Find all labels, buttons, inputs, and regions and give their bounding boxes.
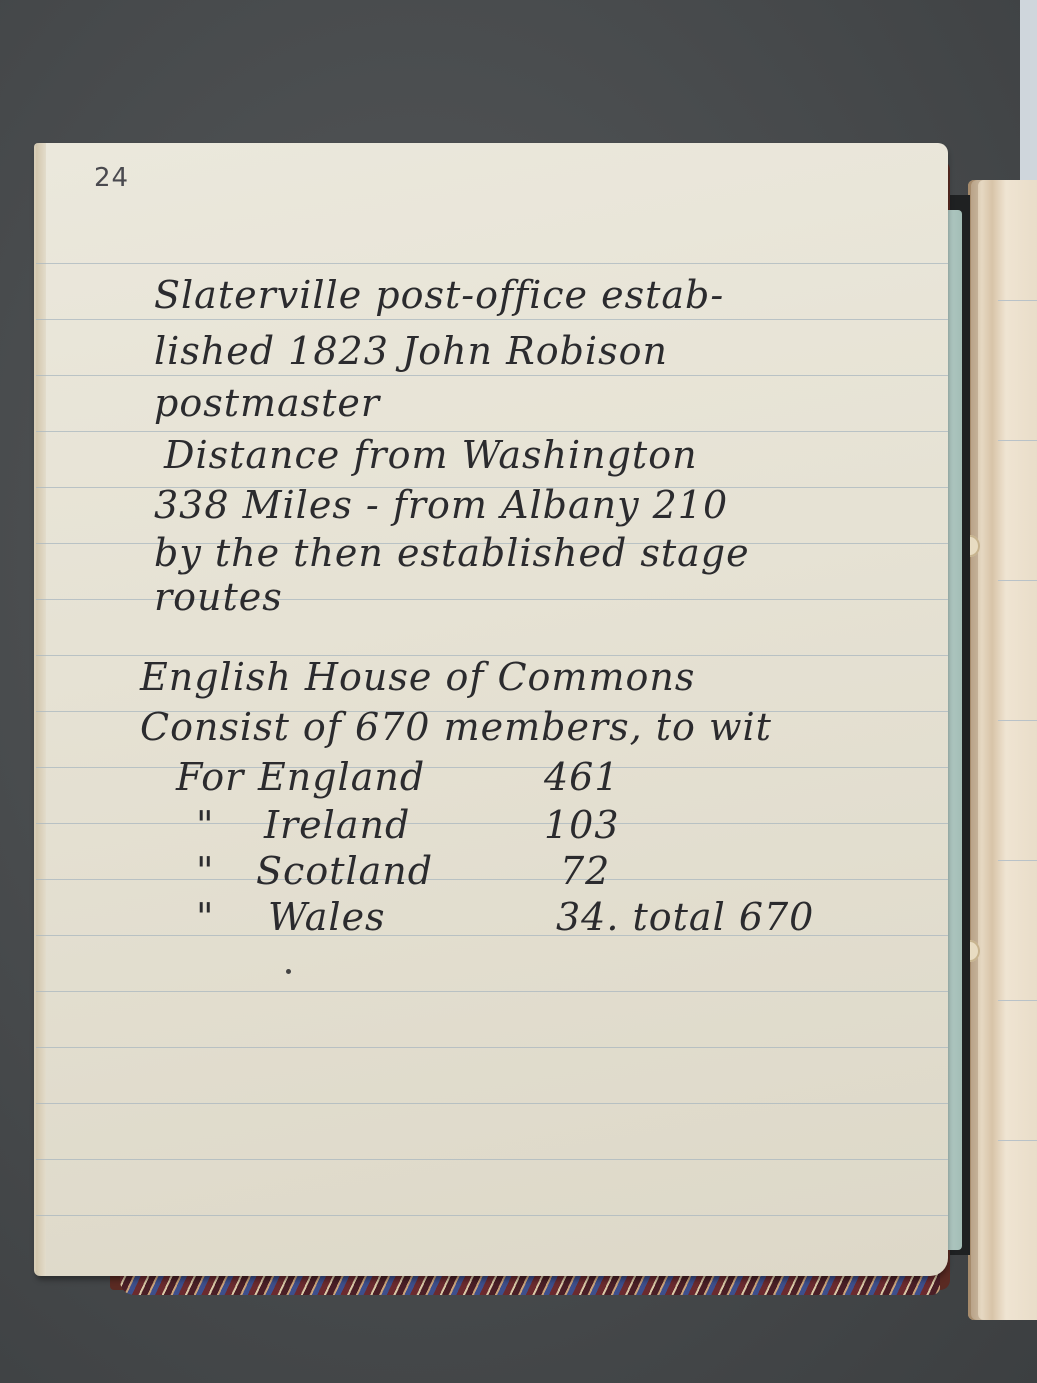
entry-line: lished 1823 John Robison	[154, 329, 668, 373]
entry-line: Distance from Washington	[164, 433, 698, 477]
row-prefix: "	[196, 895, 214, 939]
entry-line: Slaterville post-office estab-	[154, 273, 724, 317]
entry-line: postmaster	[154, 381, 380, 425]
row-value: 461	[544, 755, 620, 799]
row-value: 34. total 670	[556, 895, 814, 939]
background-surface	[1020, 0, 1037, 190]
row-label: Ireland	[264, 803, 410, 847]
row-label: Wales	[268, 895, 386, 939]
row-prefix: For	[176, 755, 244, 799]
adjacent-book-page-edge	[968, 180, 1037, 1320]
page-number: 24	[94, 163, 129, 193]
ink-dot	[286, 969, 291, 974]
row-value: 72	[560, 849, 610, 893]
page-stack-edge	[36, 143, 46, 1276]
notebook-page: 24 Slaterville post-office estab- lished…	[36, 143, 948, 1276]
entry-line: 338 Miles - from Albany 210	[154, 483, 728, 527]
row-prefix: "	[196, 849, 214, 893]
row-value: 103	[544, 803, 620, 847]
section-heading: English House of Commons	[140, 655, 695, 699]
entry-line: routes	[154, 575, 283, 619]
row-prefix: "	[196, 803, 214, 847]
row-label: Scotland	[256, 849, 433, 893]
entry-line: by the then established stage	[154, 531, 750, 575]
row-label: England	[258, 755, 425, 799]
section-heading: Consist of 670 members, to wit	[140, 705, 772, 749]
